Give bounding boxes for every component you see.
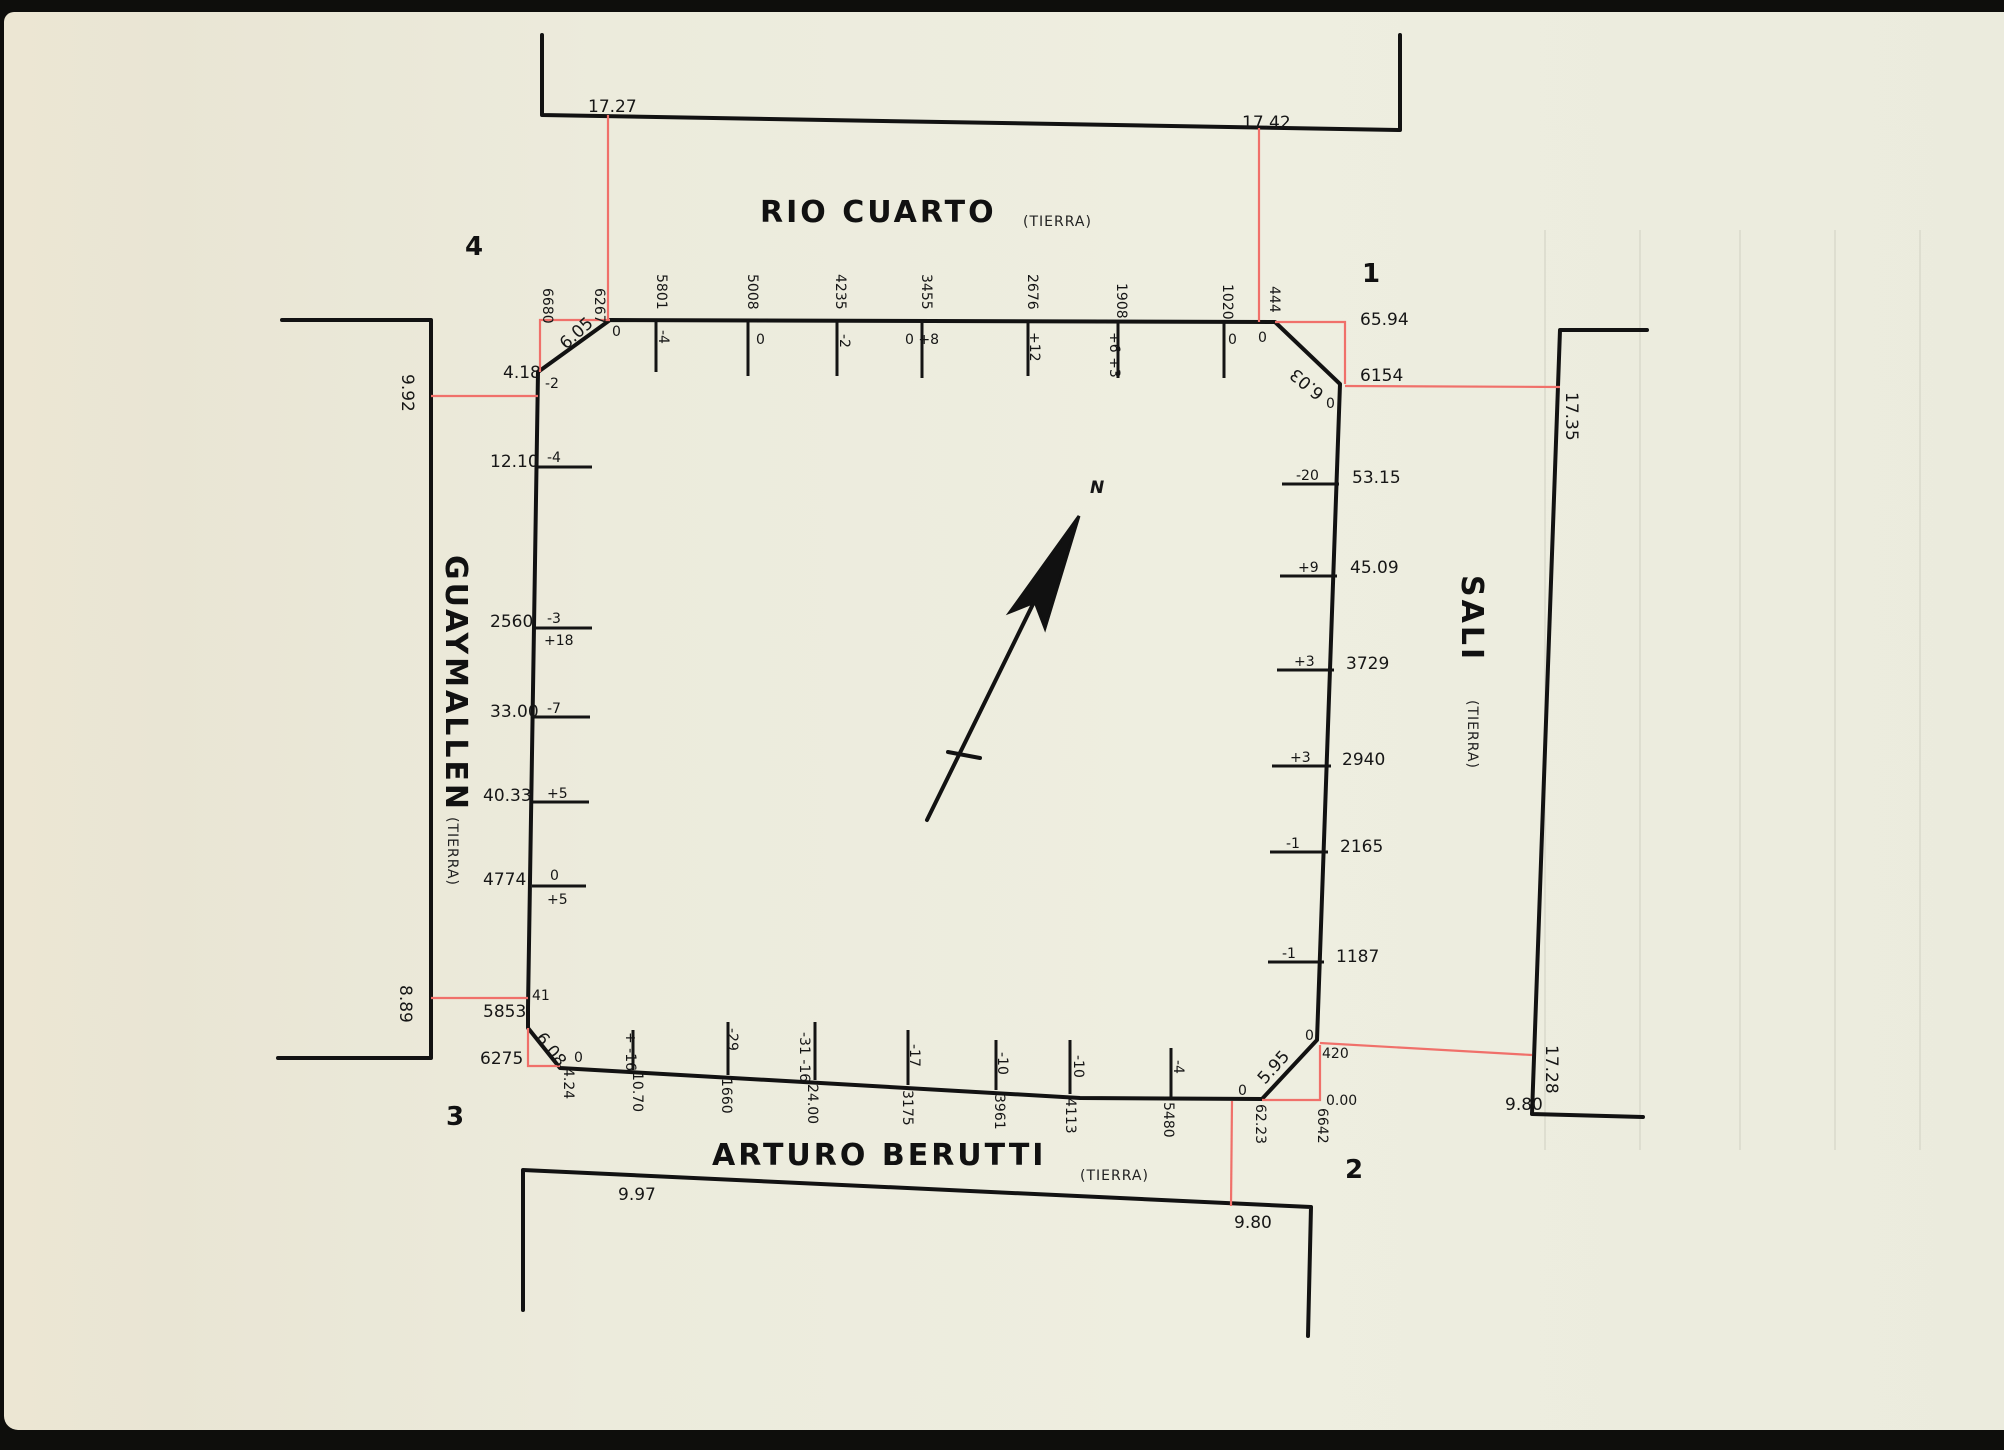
svg-text:-1: -1 [1286, 836, 1300, 852]
svg-text:(TIERRA): (TIERRA) [1464, 700, 1480, 769]
svg-text:41: 41 [532, 988, 550, 1004]
top-offsets: 0 -4 0 -2 0 +8 +12 +6 +3 0 0 [612, 324, 1267, 378]
svg-text:1908: 1908 [1113, 283, 1129, 319]
street-label-left: GUAYMALLEN (TIERRA) [438, 555, 473, 886]
svg-text:+6 +3: +6 +3 [1106, 332, 1122, 378]
svg-text:62.23: 62.23 [1252, 1104, 1268, 1144]
svg-text:-4: -4 [655, 330, 671, 344]
svg-text:0 +8: 0 +8 [905, 332, 939, 348]
svg-text:5.95: 5.95 [1254, 1047, 1294, 1089]
svg-text:-29: -29 [724, 1028, 740, 1051]
corner-2: 2 [1345, 1155, 1363, 1185]
svg-text:0: 0 [1305, 1028, 1314, 1044]
svg-text:4774: 4774 [483, 870, 526, 890]
svg-text:45.09: 45.09 [1350, 558, 1399, 578]
svg-text:9.80: 9.80 [1505, 1095, 1543, 1115]
svg-text:+12: +12 [1026, 332, 1042, 362]
svg-text:4235: 4235 [832, 274, 848, 310]
svg-text:5008: 5008 [744, 274, 760, 310]
svg-text:-3: -3 [547, 611, 561, 627]
svg-text:-4: -4 [547, 450, 561, 466]
svg-text:-31 -16: -31 -16 [796, 1032, 812, 1082]
street-label-right: SALI (TIERRA) [1454, 575, 1489, 769]
svg-text:420: 420 [1322, 1046, 1349, 1062]
corner-4: 4 [465, 232, 483, 262]
svg-text:2676: 2676 [1024, 274, 1040, 310]
svg-text:ARTURO BERUTTI: ARTURO BERUTTI [712, 1138, 1046, 1173]
block-west [278, 320, 431, 1058]
scanned-document: N RIO CUARTO (TIERRA) ARTURO BERUTTI (TI… [0, 0, 2004, 1450]
svg-text:-4: -4 [1170, 1060, 1186, 1074]
svg-text:0: 0 [550, 868, 559, 884]
top-stations: 6680 6267 5801 5008 4235 3455 2676 1908 … [539, 274, 1282, 324]
svg-text:(TIERRA): (TIERRA) [444, 817, 460, 886]
tick-marks [532, 321, 1339, 1098]
north-label: N [1090, 478, 1104, 498]
block-east [1532, 330, 1647, 1117]
svg-text:(TIERRA): (TIERRA) [1080, 1168, 1149, 1184]
chamfer-lengths: 6.05 6.03 5.95 6.08 [531, 314, 1328, 1089]
svg-text:5853: 5853 [483, 1002, 526, 1022]
svg-text:0: 0 [1258, 330, 1267, 346]
svg-text:4.24: 4.24 [560, 1068, 576, 1099]
svg-text:3455: 3455 [918, 274, 934, 310]
svg-text:53.15: 53.15 [1352, 468, 1401, 488]
svg-text:1020: 1020 [1219, 284, 1235, 320]
svg-text:4.18: 4.18 [503, 363, 541, 383]
svg-text:-20: -20 [1296, 468, 1319, 484]
svg-text:-1: -1 [1282, 946, 1296, 962]
svg-text:12.10: 12.10 [490, 452, 539, 472]
right-stations: 65.94 6154 53.15 45.09 3729 2940 2165 11… [1322, 310, 1409, 1109]
svg-text:0: 0 [612, 324, 621, 340]
street-label-top: RIO CUARTO (TIERRA) [760, 195, 1092, 230]
svg-text:0: 0 [574, 1050, 583, 1066]
svg-text:9.80: 9.80 [1234, 1213, 1272, 1233]
svg-text:+3: +3 [1294, 654, 1315, 670]
street-widths: 17.27 17.42 9.80 9.97 9.80 17.35 17.28 9… [395, 97, 1581, 1233]
svg-text:10.70: 10.70 [629, 1072, 645, 1112]
svg-text:24.00: 24.00 [804, 1084, 820, 1124]
svg-text:+18: +18 [544, 633, 574, 649]
svg-text:RIO CUARTO: RIO CUARTO [760, 195, 997, 230]
svg-text:6.03: 6.03 [1286, 364, 1328, 404]
svg-text:1187: 1187 [1336, 947, 1379, 967]
svg-text:8.89: 8.89 [395, 985, 415, 1023]
svg-text:5801: 5801 [653, 274, 669, 310]
svg-text:6267: 6267 [591, 288, 607, 324]
svg-text:+5: +5 [547, 892, 568, 908]
svg-text:5480: 5480 [1160, 1102, 1176, 1138]
svg-text:17.42: 17.42 [1242, 113, 1291, 133]
svg-text:6275: 6275 [480, 1049, 523, 1069]
svg-text:444: 444 [1266, 286, 1282, 313]
svg-text:-2: -2 [836, 334, 852, 348]
svg-text:6642: 6642 [1314, 1108, 1330, 1144]
svg-text:0.00: 0.00 [1326, 1093, 1357, 1109]
svg-text:2940: 2940 [1342, 750, 1385, 770]
svg-text:SALI: SALI [1454, 575, 1489, 662]
svg-text:0: 0 [1228, 332, 1237, 348]
svg-text:6680: 6680 [539, 288, 555, 324]
corner-1: 1 [1362, 259, 1380, 289]
corner-3: 3 [446, 1102, 464, 1132]
svg-text:17.27: 17.27 [588, 97, 637, 117]
survey-sketch: N RIO CUARTO (TIERRA) ARTURO BERUTTI (TI… [0, 0, 2004, 1450]
svg-text:0: 0 [756, 332, 765, 348]
svg-text:4113: 4113 [1062, 1098, 1078, 1134]
svg-text:17.28: 17.28 [1541, 1045, 1561, 1094]
svg-text:0: 0 [1238, 1083, 1247, 1099]
svg-text:2560: 2560 [490, 612, 533, 632]
svg-text:3961: 3961 [991, 1094, 1007, 1130]
block-outline [528, 320, 1340, 1099]
bottom-stations: 4.24 10.70 1660 24.00 3175 3961 4113 548… [560, 1068, 1330, 1144]
svg-text:65.94: 65.94 [1360, 310, 1409, 330]
svg-text:+9: +9 [1298, 560, 1319, 576]
svg-text:+5: +5 [547, 786, 568, 802]
svg-text:3175: 3175 [899, 1090, 915, 1126]
svg-text:GUAYMALLEN: GUAYMALLEN [438, 555, 473, 812]
svg-text:33.00: 33.00 [490, 702, 539, 722]
svg-text:(TIERRA): (TIERRA) [1023, 214, 1092, 230]
svg-text:17.35: 17.35 [1561, 392, 1581, 441]
svg-text:6.08: 6.08 [531, 1029, 570, 1071]
svg-text:+3: +3 [1290, 750, 1311, 766]
svg-text:0: 0 [1326, 396, 1335, 412]
paper-grid [1545, 230, 1920, 1150]
street-label-bottom: ARTURO BERUTTI (TIERRA) [712, 1138, 1149, 1184]
svg-text:-10: -10 [994, 1052, 1010, 1075]
svg-text:6154: 6154 [1360, 366, 1403, 386]
svg-text:40.33: 40.33 [483, 786, 532, 806]
svg-text:9.92: 9.92 [397, 374, 417, 412]
left-stations: 4.18 12.10 2560 33.00 40.33 4774 5853 62… [480, 363, 541, 1069]
svg-text:-7: -7 [547, 701, 561, 717]
north-arrow-icon: N [927, 478, 1104, 820]
svg-text:-10: -10 [1070, 1055, 1086, 1078]
svg-text:3729: 3729 [1346, 654, 1389, 674]
svg-text:9.97: 9.97 [618, 1185, 656, 1205]
svg-text:+ -16: + -16 [622, 1032, 638, 1071]
svg-text:1660: 1660 [718, 1078, 734, 1114]
svg-text:-2: -2 [545, 376, 559, 392]
svg-text:-17: -17 [906, 1044, 922, 1067]
svg-text:2165: 2165 [1340, 837, 1383, 857]
